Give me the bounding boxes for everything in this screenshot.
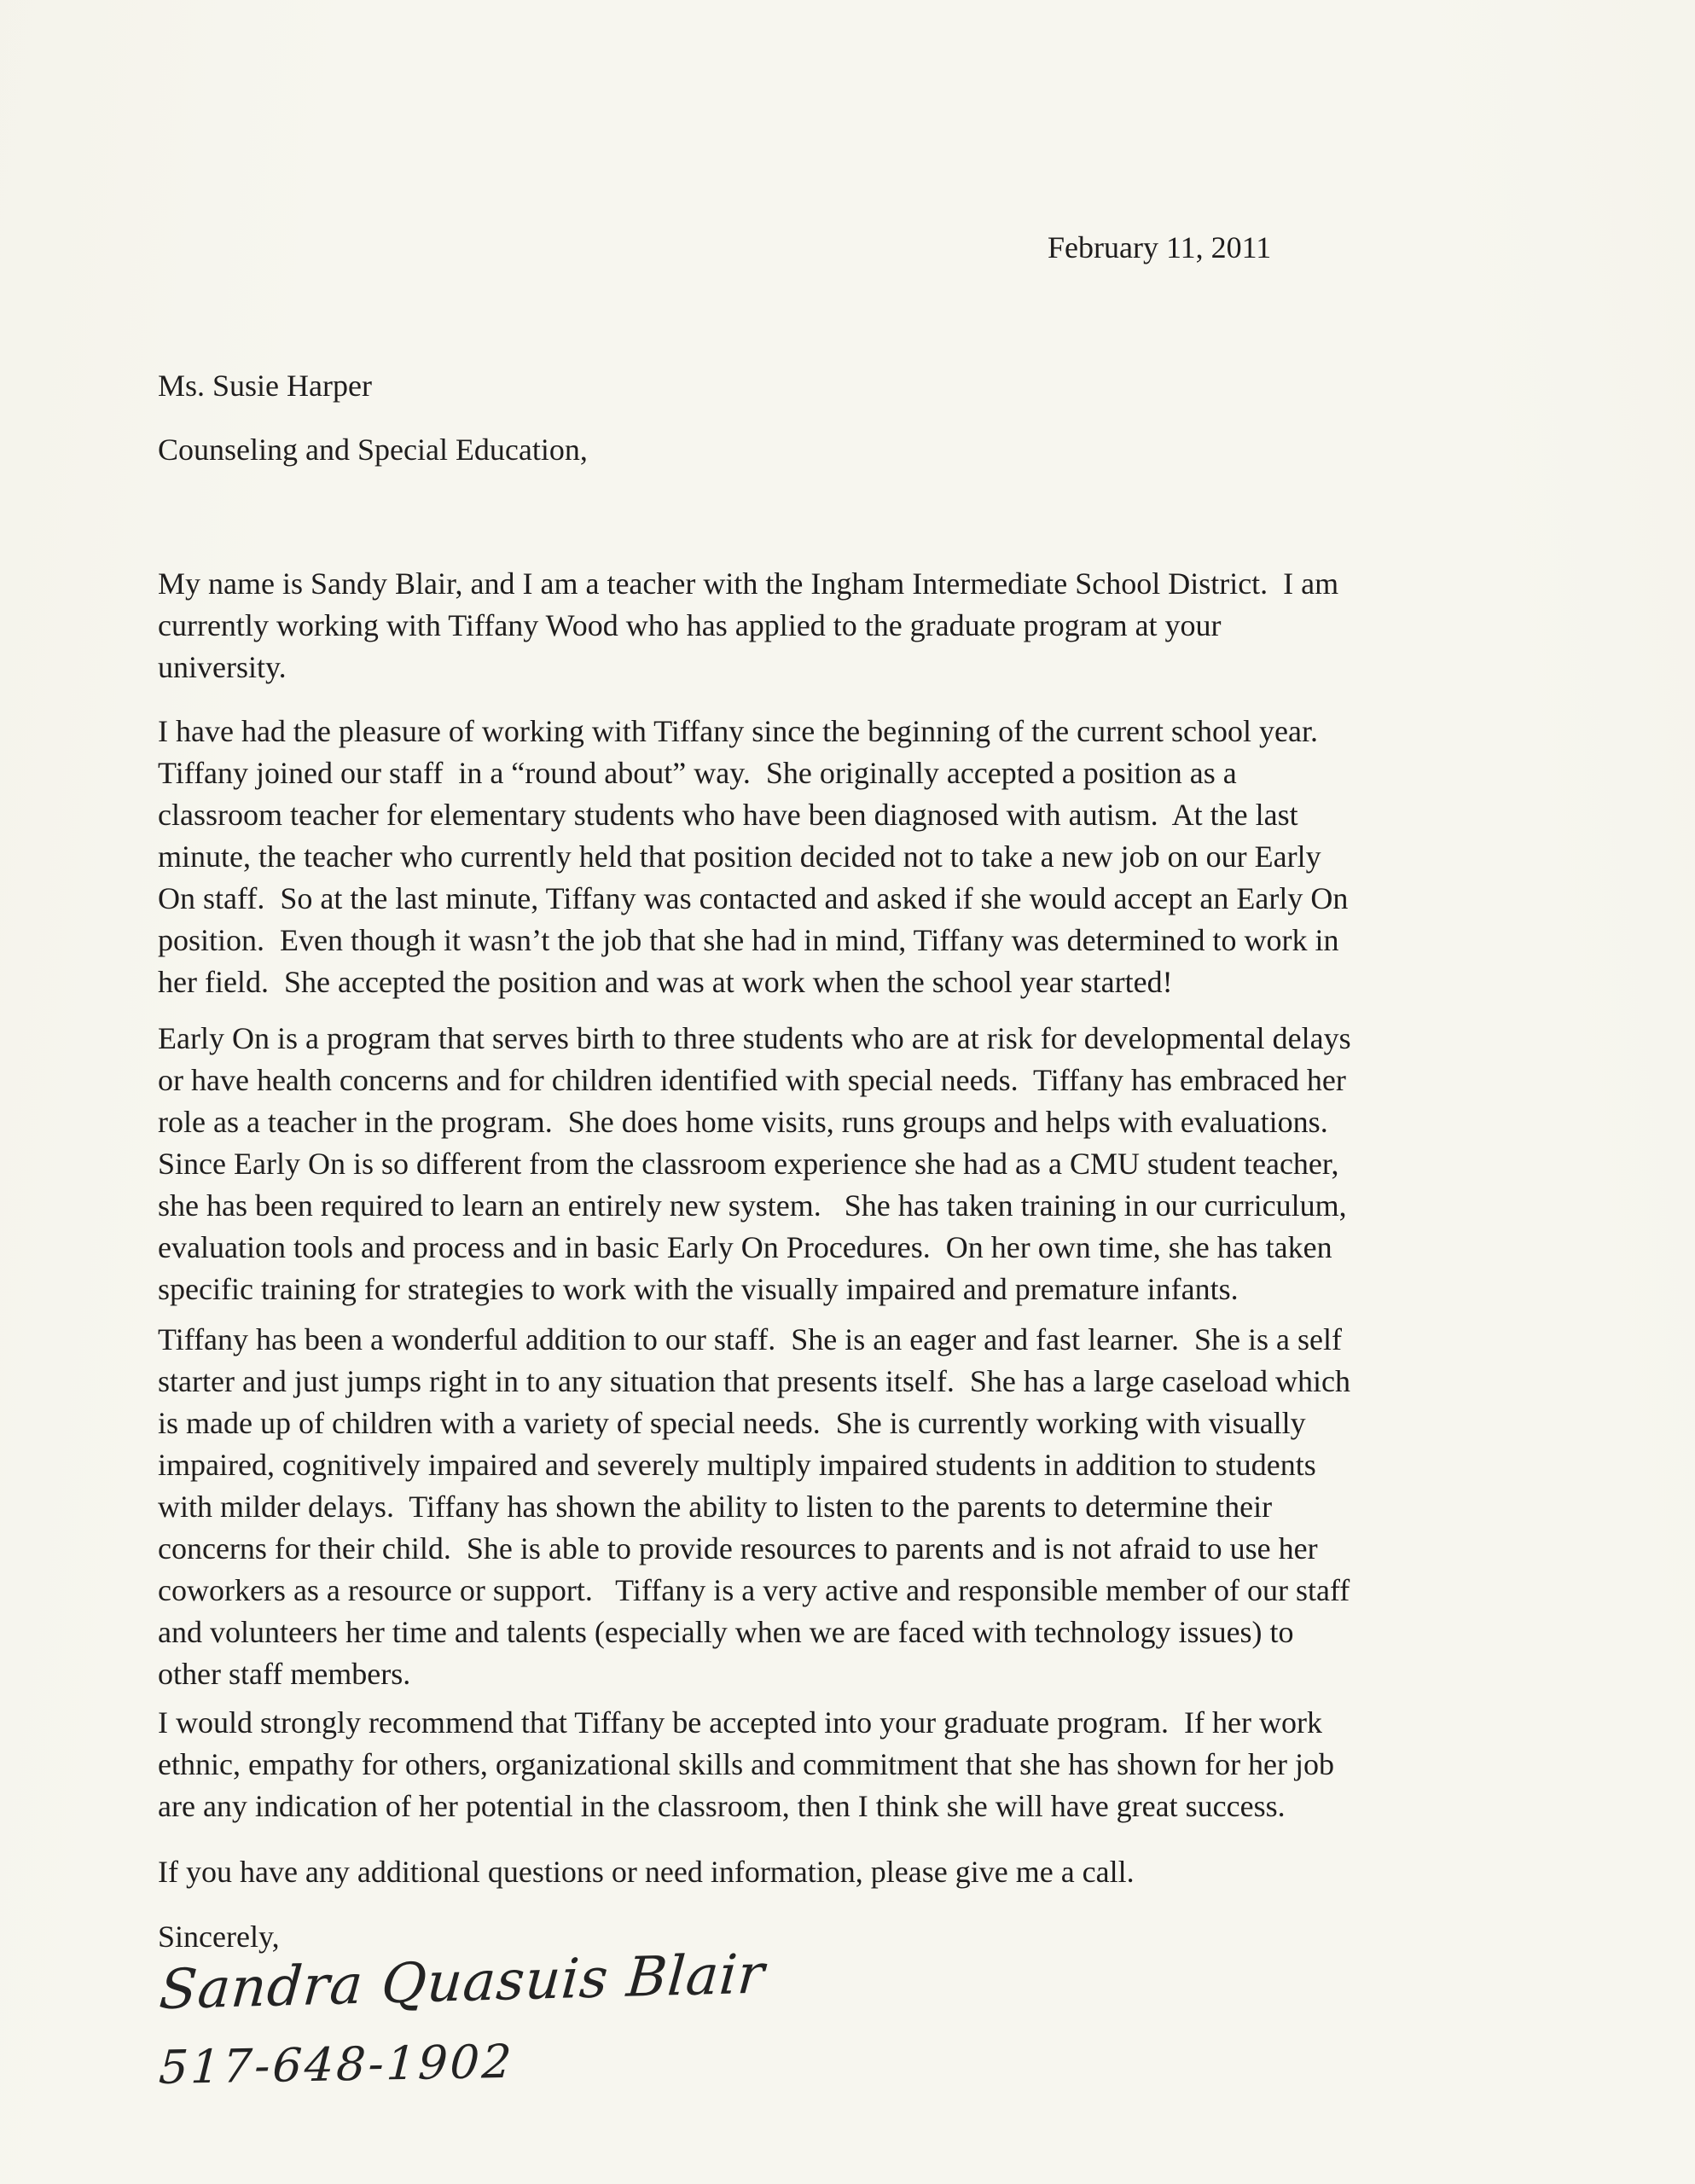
handwritten-phone-number: 517-648-1902 [158, 2035, 515, 2094]
letter-paragraph-background: I have had the pleasure of working with … [158, 711, 1651, 1003]
recipient-department: Counseling and Special Education, [158, 429, 588, 471]
letter-paragraph-intro: My name is Sandy Blair, and I am a teach… [158, 563, 1651, 688]
recipient-name: Ms. Susie Harper [158, 365, 372, 407]
letter-paragraph-strengths: Tiffany has been a wonderful addition to… [158, 1319, 1651, 1695]
letter-paragraph-recommendation: I would strongly recommend that Tiffany … [158, 1702, 1651, 1827]
letter-date: February 11, 2011 [1048, 227, 1271, 269]
letter-closing: Sincerely, [158, 1916, 280, 1958]
letter-page: February 11, 2011 Ms. Susie Harper Couns… [0, 0, 1695, 2184]
letter-paragraph-early-on-program: Early On is a program that serves birth … [158, 1018, 1651, 1310]
letter-paragraph-contact: If you have any additional questions or … [158, 1851, 1651, 1893]
